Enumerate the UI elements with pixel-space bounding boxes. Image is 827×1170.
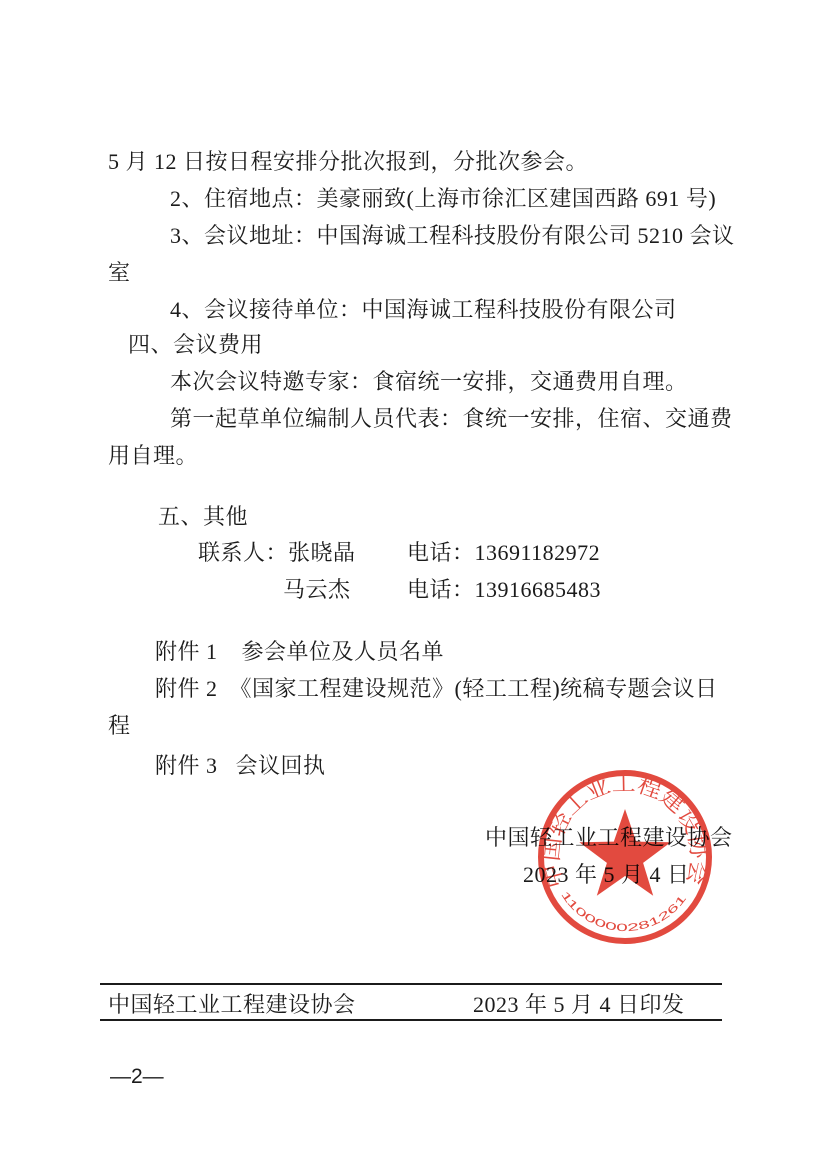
document-page: 5 月 12 日按日程安排分批次报到，分批次参会。 2、住宿地点：美豪丽致(上海… [0,0,827,1170]
page-number: —2— [110,1064,164,1090]
official-seal: 中国轻工业工程建设协会 1100000281261 [535,767,715,947]
footer-issuer: 中国轻工业工程建设协会 [108,992,356,1018]
list-item-accommodation: 2、住宿地点：美豪丽致(上海市徐汇区建国西路 691 号) [170,186,716,212]
contact-phone: 电话：13916685483 [407,577,601,603]
signature-date: 2023 年 5 月 4 日 [523,862,690,888]
paragraph-line: 本次会议特邀专家：食宿统一安排，交通费用自理。 [170,369,688,395]
attachment-line: 附件 3 会议回执 [155,753,326,779]
svg-text:1100000281261: 1100000281261 [558,889,689,934]
list-item-meeting-address: 3、会议地址：中国海诚工程科技股份有限公司 5210 会议 [170,223,735,249]
attachment-line: 附件 2 《国家工程建设规范》(轻工工程)统稿专题会议日 [155,676,718,702]
paragraph-line: 第一起草单位编制人员代表：食统一安排，住宿、交通费 [170,406,733,432]
paragraph-line: 用自理。 [108,443,198,469]
section-heading-other: 五、其他 [158,504,248,530]
seal-ring [541,773,709,941]
contact-name: 联系人：张晓晶 [198,540,356,566]
contact-phone: 电话：13691182972 [407,540,600,566]
list-item-reception-unit: 4、会议接待单位：中国海诚工程科技股份有限公司 [170,297,677,323]
paragraph-line: 5 月 12 日按日程安排分批次报到，分批次参会。 [108,149,588,175]
attachment-line-wrap: 程 [108,713,131,739]
footer-issue-date: 2023 年 5 月 4 日印发 [473,992,685,1018]
seal-number: 1100000281261 [558,889,689,934]
footer-rule-top [100,983,722,985]
signature-organization: 中国轻工业工程建设协会 [485,825,733,851]
paragraph-line: 室 [108,260,131,286]
section-heading-fees: 四、会议费用 [128,332,263,358]
attachment-line: 附件 1 参会单位及人员名单 [155,639,444,665]
contact-name: 马云杰 [283,577,351,603]
footer-rule-bottom [100,1019,722,1021]
